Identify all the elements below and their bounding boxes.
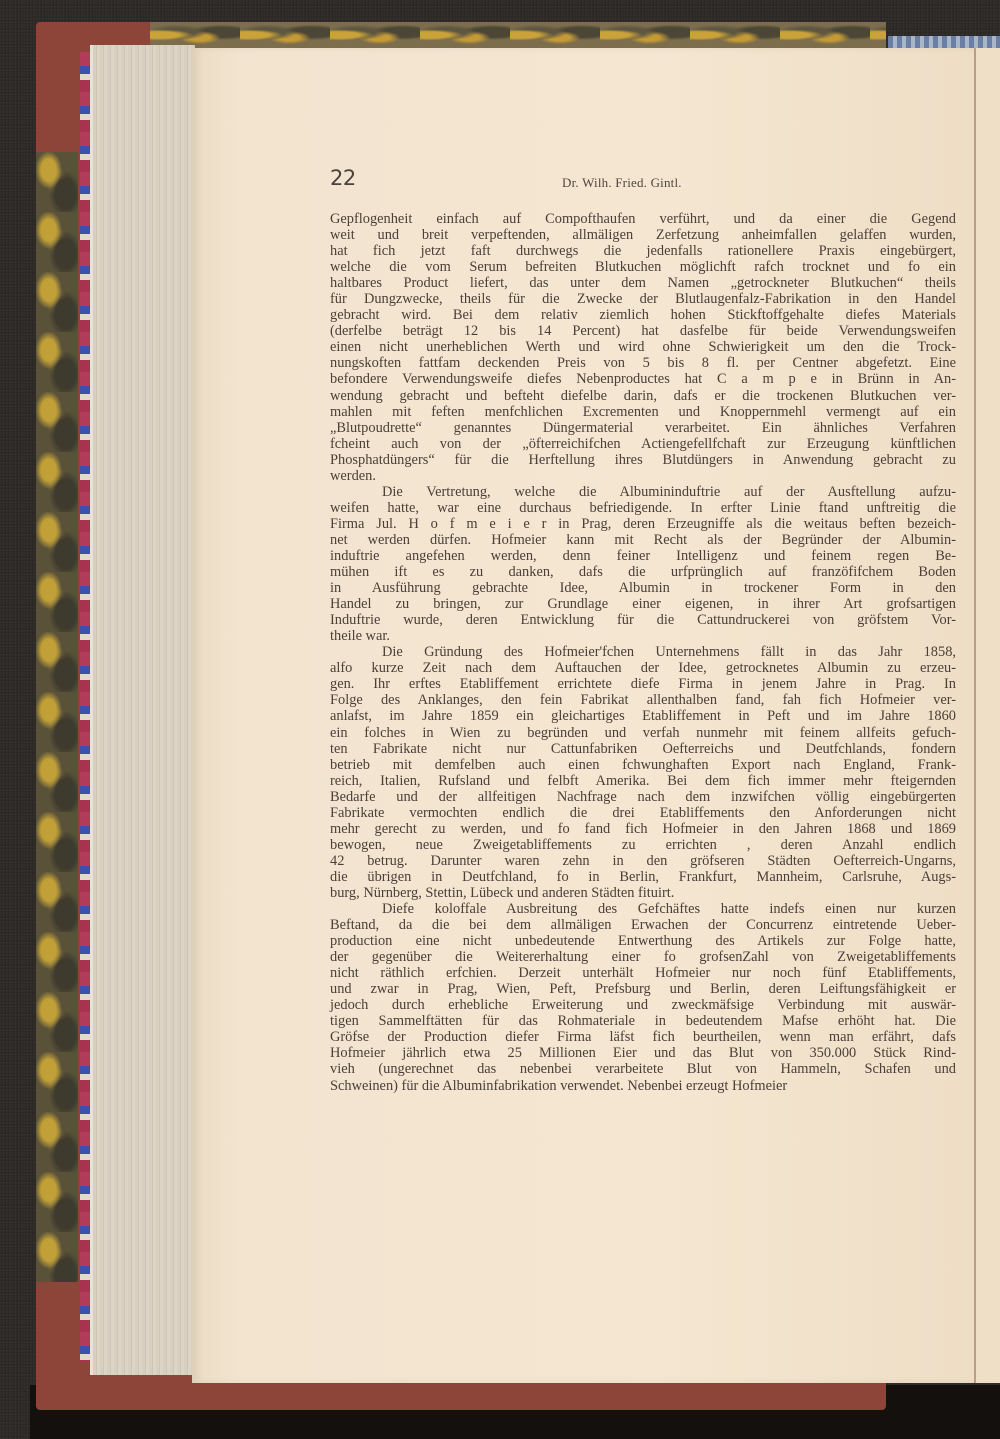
paragraph: Gepflogenheit einfach auf Compofthaufen …: [330, 211, 956, 484]
text-line: nungskoften fattfam deckenden Preis von …: [330, 355, 956, 371]
text-line: Hofmeier jährlich etwa 25 Millionen Eier…: [330, 1045, 956, 1061]
text-line: „Blutpoudrette“ genanntes Düngermaterial…: [330, 420, 956, 436]
text-line: nicht räthlich erfchien. Derzeit unterhä…: [330, 965, 956, 981]
text-line: Die Vertretung, welche die Albumininduft…: [330, 484, 956, 500]
text-line: Diefe koloffale Ausbreitung des Gefchäft…: [330, 901, 956, 917]
text-line: theile war.: [330, 628, 956, 644]
paragraph: Die Gründung des Hofmeier'fchen Unterneh…: [330, 644, 956, 901]
text-line: Bedarfe und der allfeitigen Nachfrage na…: [330, 789, 956, 805]
text-line: weit und breit verpeftenden, allmäligen …: [330, 227, 956, 243]
text-line: Die Gründung des Hofmeier'fchen Unterneh…: [330, 644, 956, 660]
text-line: Gepflogenheit einfach auf Compofthaufen …: [330, 211, 956, 227]
page-stack-edge: [90, 45, 195, 1375]
text-line: befondere Verwendungsweife diefes Nebenp…: [330, 371, 956, 387]
body-text: Gepflogenheit einfach auf Compofthaufen …: [330, 211, 956, 1094]
text-line: tigen Sammelftätten für das Rohmateriale…: [330, 1013, 956, 1029]
paragraph: Die Vertretung, welche die Albumininduft…: [330, 484, 956, 644]
text-line: burg, Nürnberg, Stettin, Lübeck und ande…: [330, 885, 956, 901]
text-line: Schweinen) für die Albuminfabrikation ve…: [330, 1078, 956, 1094]
text-line: production eine nicht unbedeutende Entwe…: [330, 933, 956, 949]
running-head: 22 Dr. Wilh. Fried. Gintl.: [330, 166, 960, 196]
text-line: betrieb mit demfelben auch einen fchwung…: [330, 757, 956, 773]
marbled-cover-top: [150, 22, 886, 48]
text-line: einen nicht unerheblichen Werth und wird…: [330, 339, 956, 355]
text-line: ein folches in Wien zu begründen und ver…: [330, 725, 956, 741]
text-line: jedoch durch erhebliche Erweiterung und …: [330, 997, 956, 1013]
text-line: der gegenüber die Weitererhaltung einer …: [330, 949, 956, 965]
text-line: induftrie angefehen werden, denn feiner …: [330, 548, 956, 564]
text-line: mühen ift es zu danken, dafs die urfprün…: [330, 564, 956, 580]
text-line: mahlen mit feften menfchlichen Excrement…: [330, 404, 956, 420]
paragraph: Diefe koloffale Ausbreitung des Gefchäft…: [330, 901, 956, 1094]
text-line: Fabrikate vermochten endlich die drei Et…: [330, 805, 956, 821]
text-line: net werden dürfen. Hofmeier kann mit Rec…: [330, 532, 956, 548]
text-line: Gröfse der Production diefer Firma läfst…: [330, 1029, 956, 1045]
text-line: gebracht wird. Bei dem relativ ziemlich …: [330, 307, 956, 323]
text-line: ten Fabrikate nicht nur Cattunfabriken O…: [330, 741, 956, 757]
text-line: hat fich jetzt faft durchwegs die jedenf…: [330, 243, 956, 259]
text-line: gen. Ihr erftes Etabliffement errichtete…: [330, 676, 956, 692]
text-line: Induftrie wurde, deren Entwicklung für d…: [330, 612, 956, 628]
text-line: mehr gerecht zu werden, und fo fand fich…: [330, 821, 956, 837]
text-line: fcheint auch von der „öfterreichifchen A…: [330, 436, 956, 452]
text-line: Folge des Anklanges, den fein Fabrikat a…: [330, 692, 956, 708]
text-line: Firma Jul. H o f m e i e r in Prag, dere…: [330, 516, 956, 532]
text-line: haltbares Product liefert, das unter dem…: [330, 275, 956, 291]
text-line: anlafst, im Jahre 1859 ein gleichartiges…: [330, 708, 956, 724]
text-line: in Ausführung gebrachte Idee, Albumin in…: [330, 580, 956, 596]
text-line: vieh (ungerechnet das nebenbei verarbeit…: [330, 1061, 956, 1077]
text-line: Beftand, da die bei dem allmäligen Erwac…: [330, 917, 956, 933]
text-line: und zwar in Prag, Wien, Peft, Prefsburg …: [330, 981, 956, 997]
text-line: welche die vom Serum befreiten Blutkuche…: [330, 259, 956, 275]
text-line: alfo kurze Zeit nach dem Auftauchen der …: [330, 660, 956, 676]
text-line: bewogen, neue Zweigetabliffements zu err…: [330, 837, 956, 853]
text-line: 42 betrug. Darunter waren zehn in den gr…: [330, 853, 956, 869]
text-line: (derfelbe beträgt 12 bis 14 Percent) hat…: [330, 323, 956, 339]
text-line: Handel zu bringen, zur Grundlage einer e…: [330, 596, 956, 612]
text-line: die übrigen in Deutfchland, fo in Berlin…: [330, 869, 956, 885]
facing-page-edge: [974, 48, 1000, 1383]
text-line: für Dungzwecke, theils für die Zwecke de…: [330, 291, 956, 307]
marbled-cover-left: [36, 152, 78, 1282]
page-number: 22: [330, 166, 356, 190]
text-line: werden.: [330, 468, 956, 484]
text-line: Phosphatdüngers“ für die Herftellung ihr…: [330, 452, 956, 468]
text-line: reich, Italien, Rufsland und felbft Amer…: [330, 773, 956, 789]
text-line: weifen hatte, war eine durchaus befriedi…: [330, 500, 956, 516]
running-header-title: Dr. Wilh. Fried. Gintl.: [562, 175, 682, 191]
text-line: wendung gebracht und befteht diefelbe da…: [330, 388, 956, 404]
